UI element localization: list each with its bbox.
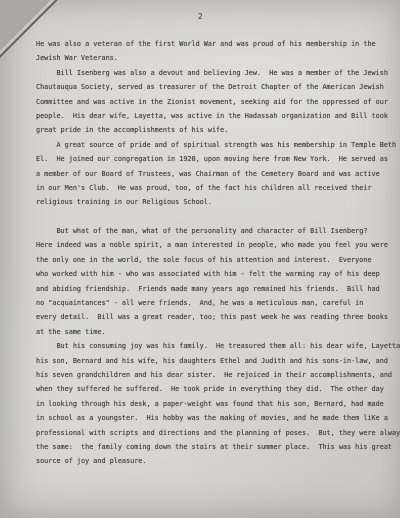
text-line: when they suffered he suffered. He took … (36, 382, 400, 396)
text-line: great pride in the accomplishments of hi… (36, 123, 400, 137)
text-line: at the same time. (36, 325, 400, 339)
typewritten-text-block: He was also a veteran of the first World… (36, 37, 400, 469)
text-line (36, 210, 400, 224)
document-page: 2 He was also a veteran of the first Wor… (0, 0, 400, 518)
text-line: He was also a veteran of the first World… (36, 37, 400, 51)
text-line: and abiding friendship. Friends made man… (36, 282, 400, 296)
text-line: the only one in the world, the sole focu… (36, 253, 400, 267)
text-line: Bill Isenberg was also a devout and beli… (36, 66, 400, 80)
page-number: 2 (198, 12, 203, 21)
text-line: people. His dear wife, Layetta, was acti… (36, 109, 400, 123)
text-line: But what of the man, what of the persona… (36, 224, 400, 238)
text-line: source of joy and pleasure. (36, 454, 400, 468)
text-line: his seven grandchildren and his dear sis… (36, 368, 400, 382)
text-line: professional with scripts and directions… (36, 426, 400, 440)
text-line: A great source of pride and of spiritual… (36, 138, 400, 152)
text-line: Chautauqua Society, served as treasurer … (36, 80, 400, 94)
text-line: in our Men's Club. He was proud, too, of… (36, 181, 400, 195)
text-line: in looking through his desk, a paper-wei… (36, 397, 400, 411)
text-line: religious training in our Religious Scho… (36, 195, 400, 209)
text-line: El. He joined our congregation in 1920, … (36, 152, 400, 166)
text-line: Committee and was active in the Zionist … (36, 95, 400, 109)
text-line: in school as a youngster. His hobby was … (36, 411, 400, 425)
text-line: Jewish War Veterans. (36, 51, 400, 65)
text-line: the same: the family coming down the sta… (36, 440, 400, 454)
text-line: a member of our Board of Trustees, was C… (36, 167, 400, 181)
text-line: But his consuming joy was his family. He… (36, 339, 400, 353)
text-line: no "acquaintances" - all were friends. A… (36, 296, 400, 310)
text-line: every detail. Bill was a great reader, t… (36, 310, 400, 324)
text-line: who worked with him - who was associated… (36, 267, 400, 281)
text-line: his son, Bernard and his wife, his daugh… (36, 354, 400, 368)
text-line: Here indeed was a noble spirit, a man in… (36, 238, 400, 252)
